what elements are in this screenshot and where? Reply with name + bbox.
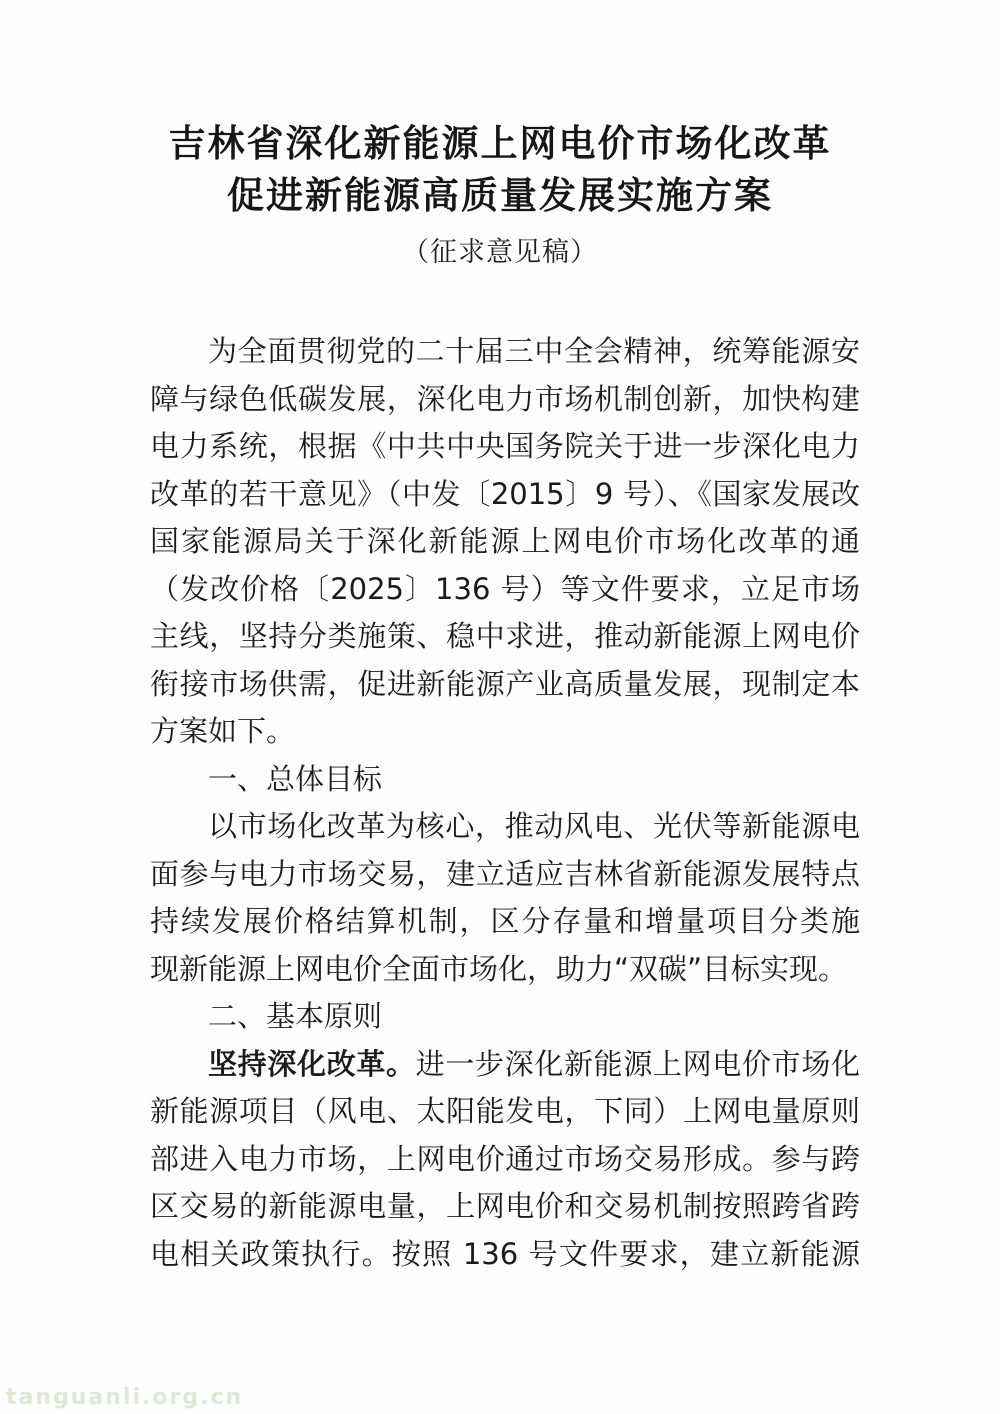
document-page: 吉林省深化新能源上网电价市场化改革 促进新能源高质量发展实施方案 （征求意见稿）… (0, 0, 1000, 1414)
section-heading: 二、基本原则 (150, 993, 860, 1041)
body-line: 部进入电力市场，上网电价通过市场交易形成。参与跨省跨 (150, 1136, 860, 1184)
bold-run: 坚持深化改革。 (208, 1047, 416, 1081)
body-line: 以市场化改革为核心，推动风电、光伏等新能源电量全 (150, 803, 860, 851)
body-line: 主线，坚持分类施策、稳中求进，推动新能源上网电价全面 (150, 613, 860, 661)
document-body: 为全面贯彻党的二十届三中全会精神，统筹能源安全保障与绿色低碳发展，深化电力市场机… (150, 328, 860, 1278)
body-line: 新能源项目（风电、太阳能发电，下同）上网电量原则上全 (150, 1088, 860, 1136)
body-line: 持续发展价格结算机制，区分存量和增量项目分类施策，实 (150, 898, 860, 946)
body-line: 电相关政策执行。按照 136 号文件要求，建立新能源可持续 (150, 1231, 860, 1279)
body-line: （发改价格〔2025〕136 号）等文件要求，立足市场化改革 (150, 566, 860, 614)
body-line: 改革的若干意见》（中发〔2015〕9 号）、《国家发展改革委 (150, 471, 860, 519)
body-line: 电力系统，根据《中共中央国务院关于进一步深化电力体制 (150, 423, 860, 471)
body-line: 面参与电力市场交易，建立适应吉林省新能源发展特点的可 (150, 851, 860, 899)
document-title-line-1: 吉林省深化新能源上网电价市场化改革 (0, 118, 1000, 170)
watermark-text: tanguanli.org.cn (6, 1385, 243, 1410)
document-title-block: 吉林省深化新能源上网电价市场化改革 促进新能源高质量发展实施方案 （征求意见稿） (0, 0, 1000, 272)
body-line: 区交易的新能源电量，上网电价和交易机制按照跨省跨区送 (150, 1183, 860, 1231)
body-line: 方案如下。 (150, 708, 860, 756)
body-line: 坚持深化改革。进一步深化新能源上网电价市场化改革， (150, 1041, 860, 1089)
body-line: 衔接市场供需，促进新能源产业高质量发展，现制定本实施 (150, 661, 860, 709)
body-line: 为全面贯彻党的二十届三中全会精神，统筹能源安全保 (150, 328, 860, 376)
body-line: 障与绿色低碳发展，深化电力市场机制创新，加快构建新型 (150, 376, 860, 424)
section-heading: 一、总体目标 (150, 756, 860, 804)
body-line: 国家能源局关于深化新能源上网电价市场化改革的通知》 (150, 518, 860, 566)
document-subtitle: （征求意见稿） (0, 234, 1000, 272)
body-line: 现新能源上网电价全面市场化，助力“双碳”目标实现。 (150, 946, 860, 994)
document-title-line-2: 促进新能源高质量发展实施方案 (0, 170, 1000, 222)
